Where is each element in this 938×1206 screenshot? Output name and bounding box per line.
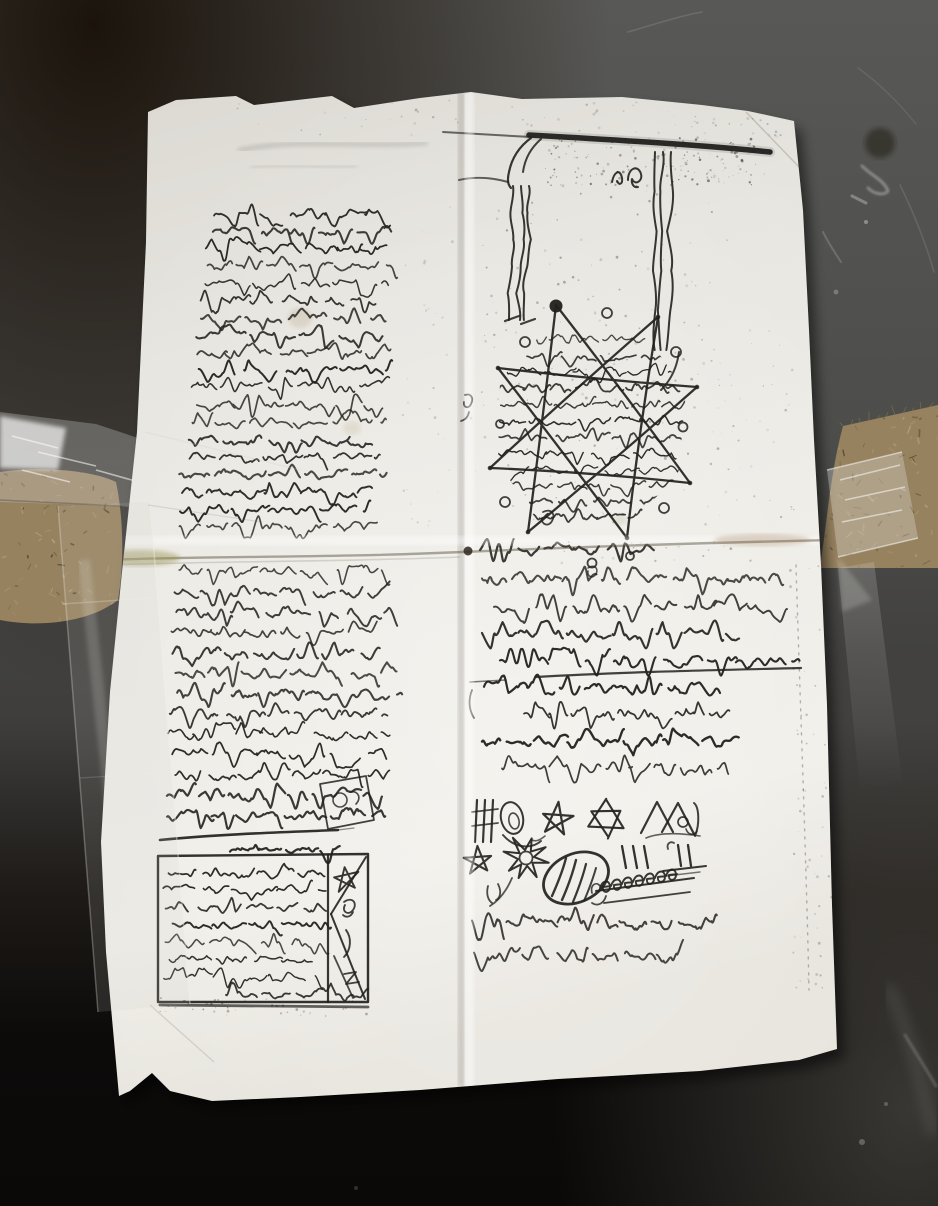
- fold-stain-right: [714, 534, 810, 546]
- scene-canvas: [0, 0, 938, 1206]
- paper-stain: [343, 421, 361, 435]
- vertical-center-fold: [458, 92, 464, 1087]
- fold-center-blot: [464, 547, 473, 556]
- photo-of-taped-manuscript: [0, 0, 938, 1206]
- vertical-fold-highlight: [465, 92, 474, 1087]
